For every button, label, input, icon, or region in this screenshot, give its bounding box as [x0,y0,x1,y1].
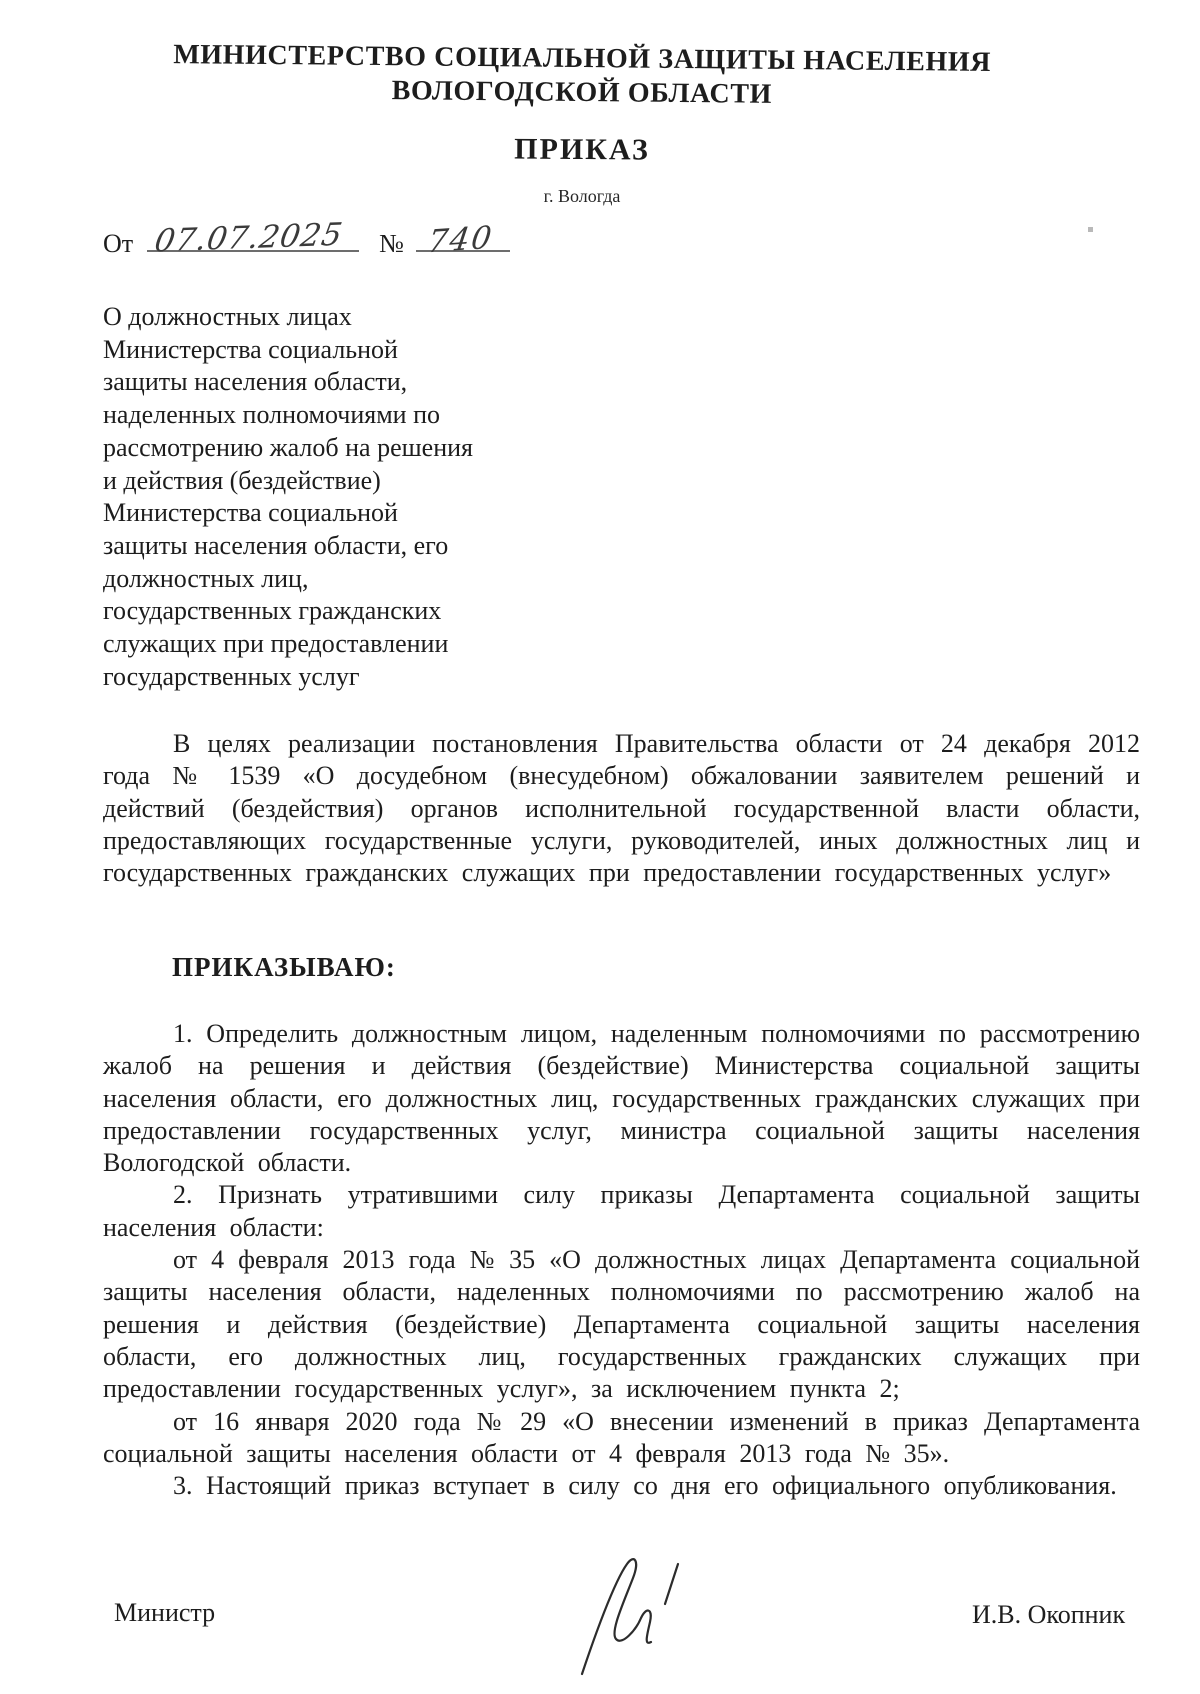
scanned-order-page: МИНИСТЕРСТВО СОЦИАЛЬНОЙ ЗАЩИТЫ НАСЕЛЕНИЯ… [0,0,1200,1694]
date-underline: 07.07.2025 [147,220,359,252]
number-label: № [379,229,404,258]
order-item-3: 3. Настоящий приказ вступает в силу со д… [103,1470,1140,1502]
preamble-paragraph: В целях реализации постановления Правите… [103,728,1140,889]
document-type-title: ПРИКАЗ [0,129,1164,171]
number-value-handwritten: 740 [425,220,495,261]
city-label: г. Вологда [0,186,1164,207]
signer-name: И.В. Окопник [972,1600,1125,1630]
date-value-handwritten: 07.07.2025 [152,217,346,260]
organization-name: МИНИСТЕРСТВО СОЦИАЛЬНОЙ ЗАЩИТЫ НАСЕЛЕНИЯ… [0,36,1164,115]
signature-scribble [560,1552,720,1682]
order-items: 1. Определить должностным лицом, наделен… [103,1018,1140,1502]
signer-position: Министр [114,1598,215,1628]
order-item-2-intro: 2. Признать утратившими силу приказы Деп… [103,1179,1140,1244]
subject-block: О должностных лицах Министерства социаль… [103,301,533,693]
date-number-row: От07.07.2025№740 [103,220,510,259]
order-item-1: 1. Определить должностным лицом, наделен… [103,1018,1140,1179]
order-word: ПРИКАЗЫВАЮ: [172,952,396,983]
date-label: От [103,229,133,258]
order-item-2-sub-2: от 16 января 2020 года № 29 «О внесении … [103,1406,1140,1471]
order-item-2-sub-1: от 4 февраля 2013 года № 35 «О должностн… [103,1244,1140,1405]
number-underline: 740 [416,220,510,252]
scan-artifact-dot [1088,227,1093,232]
